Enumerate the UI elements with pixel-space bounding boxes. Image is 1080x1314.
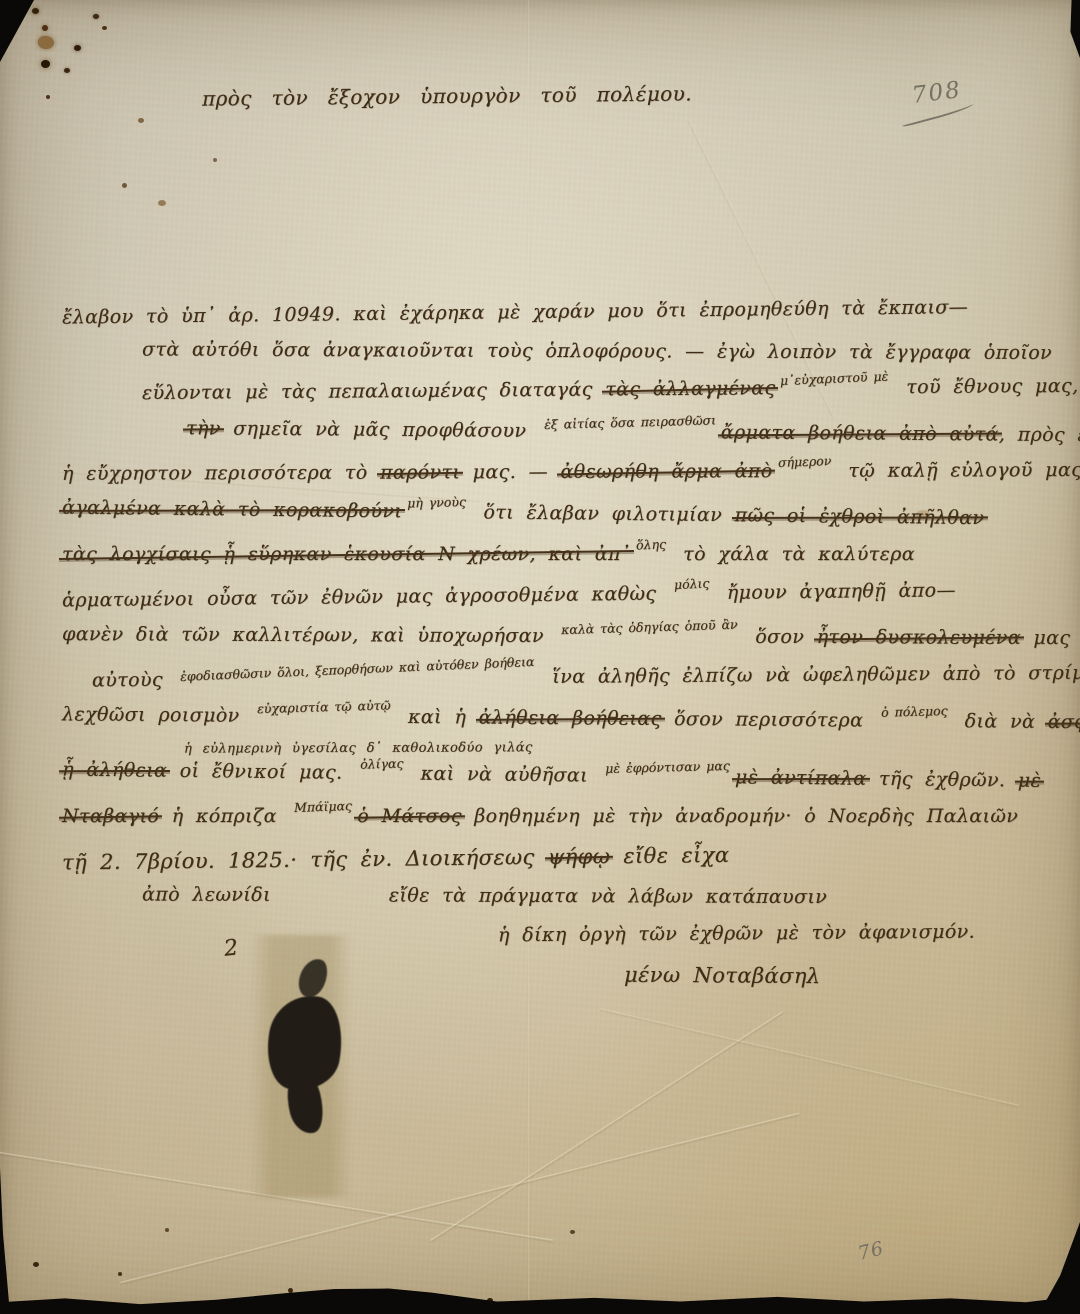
interlinear-insertion: Μπάϊμας: [294, 796, 353, 818]
struck-text: ἀθεωρήθη ἄρμα ἀπὸ: [560, 460, 772, 483]
signature-line: μένω Νοταβάσηλ: [62, 960, 1020, 987]
interlinear-insertion: ἐφοδιασθῶσιν ὅλοι, ξεπορθήσων καὶ αὐτόθε…: [180, 652, 535, 687]
struck-text: ἀσφαλισθῶ: [1048, 711, 1080, 734]
struck-text: ἄρματα βοήθεια ἀπὸ αὐτά: [721, 421, 999, 445]
handwritten-text: εἴθε τὰ πράγματα νὰ λάβων κατάπαυσιν: [389, 884, 827, 908]
handwritten-text: τῇ 2. 7βρίου. 1825.· τῆς ἐν. Διοικήσεως: [62, 845, 548, 875]
handwritten-text: ἀπὸ λεωνίδι: [142, 883, 271, 905]
interlinear-insertion: μὴ γνοὺς: [407, 492, 466, 513]
manuscript-line: τὰς λογχίσαις ᾗ εὕρηκαν ἑκουσία Ν χρέων,…: [62, 544, 1020, 566]
handwritten-text: , πρὸς εὐψυχίαν: [999, 424, 1080, 447]
stain-spot: [102, 26, 107, 30]
interlinear-insertion: ὅλης: [635, 534, 666, 555]
stain-spot: [32, 8, 39, 14]
handwritten-text: τῆς ἐχθρῶν.: [866, 768, 1018, 792]
handwritten-text: ἁρματωμένοι οὖσα τῶν ἐθνῶν μας ἀγροσοθμέ…: [62, 583, 669, 612]
stain-spot: [122, 183, 127, 188]
stain-spot: [74, 45, 81, 51]
struck-text: Νταβαγιό: [62, 805, 159, 827]
interlinear-insertion: μ᾽εὐχαριστοῦ μὲ: [780, 366, 889, 391]
struck-text: ᾗ ἀλήθεια: [62, 758, 167, 781]
handwritten-text: ἡ εὔχρηστον περισσότερα τὸ: [62, 462, 380, 485]
handwritten-text: μας. —: [460, 461, 560, 483]
handwritten-text: ὅσον περισσότερα: [661, 708, 875, 732]
stain-spot: [158, 200, 166, 206]
manuscript-line: ἁρματωμένοι οὖσα τῶν ἐθνῶν μας ἀγροσοθμέ…: [62, 579, 1020, 612]
struck-text: τὴν: [186, 417, 221, 439]
handwritten-text: εὕλονται μὲ τὰς πεπαλαιωμένας διαταγάς: [142, 379, 605, 405]
handwritten-text: καὶ ἡ: [395, 706, 478, 729]
interlinear-insertion: μὲ ἐφρόντισαν μας: [605, 756, 730, 779]
stain-spot: [64, 68, 70, 73]
stain-spot: [570, 1230, 575, 1234]
handwritten-text: σημεῖα νὰ μᾶς προφθάσουν: [221, 418, 539, 442]
struck-text: ἀγαλμένα καλὰ τὸ κορακοβούνι: [62, 496, 402, 522]
manuscript-line: ἡ εὔχρηστον περισσότερα τὸ παρόντι μας. …: [62, 460, 1020, 486]
struck-text: μὲ ἀντίπαλα: [735, 766, 867, 790]
handwritten-text: ἤμουν ἀγαπηθῇ ἀπο—: [714, 579, 956, 604]
struck-text: ψήφῳ: [548, 844, 611, 869]
stain-spot: [38, 36, 54, 49]
handwritten-text: αὐτοὺς: [92, 669, 176, 692]
stain-spot: [213, 158, 217, 162]
interlinear-insertion: καλὰ τὰς ὁδηγίας ὁποῦ ἂν: [561, 615, 738, 640]
manuscript-line: ἡ εὐλημερινὴ ὑγεσίλας δ᾽ καθολικοδύο γιλ…: [184, 739, 1020, 762]
stain-spot: [41, 60, 50, 68]
handwritten-text: φανὲν διὰ τῶν καλλιτέρων, καὶ ὑποχωρήσαν: [62, 623, 556, 647]
handwritten-text: διὰ νὰ: [952, 710, 1048, 733]
manuscript-line: ᾗ ἀλήθεια οἱ ἔθνικοί μας. ὀλίγας καὶ νὰ …: [62, 759, 1020, 792]
struck-text: μὲ: [1018, 769, 1042, 791]
struck-text: ἦτον δυσκολευμένα: [817, 626, 1021, 649]
handwritten-text: τοῦ ἔθνους μας, καὶ: [894, 374, 1080, 398]
manuscript-line: ἀπὸ λεωνίδιεἴθε τὰ πράγματα νὰ λάβων κατ…: [62, 884, 1020, 908]
interlinear-insertion: εὐχαριστία τῷ αὐτῷ: [257, 696, 391, 720]
handwritten-text: ὅσον: [743, 626, 817, 648]
struck-text: τὰς ἀλλαγμένας: [605, 377, 775, 400]
handwritten-text: στὰ αὐτόθι ὅσα ἀναγκαιοῦνται τοὺς ὁπλοφό…: [142, 338, 1052, 363]
interlinear-insertion: ὀλίγας: [360, 754, 404, 775]
stain-spot: [93, 14, 99, 19]
stain-spot: [118, 1272, 122, 1276]
handwritten-text: ἵνα ἀληθῆς ἐλπίζω νὰ ὠφεληθῶμεν ἀπὸ τὸ σ…: [540, 660, 1080, 688]
handwritten-text: εἴθε εἶχα: [610, 843, 729, 868]
handwritten-text: ἡ κόπριζα: [159, 805, 289, 827]
interlinear-insertion: ὁ πόλεμος: [880, 701, 947, 723]
pencil-folio-number-top: 708: [911, 77, 964, 109]
handwritten-text: τὸ χάλα τὰ καλύτερα: [671, 543, 915, 565]
struck-text: ἀλήθεια βοήθειας: [479, 707, 662, 730]
manuscript-line: Νταβαγιό ἡ κόπριζα Μπάϊμαςὁ Μάτσος βοηθη…: [62, 806, 1020, 828]
interlinear-insertion: σήμερον: [777, 451, 831, 473]
handwritten-text: ἡ εὐλημερινὴ ὑγεσίλας δ᾽ καθολικοδύο γιλ…: [184, 740, 533, 756]
struck-text: τὰς λογχίσαις ᾗ εὕρηκαν ἑκουσία Ν χρέων,…: [62, 543, 631, 565]
handwritten-text: μας: [1021, 627, 1071, 649]
stain-spot: [165, 1228, 169, 1232]
manuscript-line: ἔλαβον τὸ ὑπ᾽ ἀρ. 10949. καὶ ἐχάρηκα μὲ …: [62, 296, 1020, 327]
stain-spot: [288, 1288, 293, 1293]
date-line: τῇ 2. 7βρίου. 1825.· τῆς ἐν. Διοικήσεως …: [62, 841, 1020, 872]
handwritten-text: τῷ καλῇ εὐλογοῦ μας: [836, 459, 1080, 482]
manuscript-line: ἡ δίκη ὀργὴ τῶν ἐχθρῶν μὲ τὸν ἀφανισμόν.: [62, 921, 1020, 948]
interlinear-insertion: μόλις: [673, 573, 709, 595]
handwritten-text: λεχθῶσι ροισμὸν: [62, 703, 252, 726]
struck-text: παρόντι: [380, 461, 460, 483]
manuscript-line: λεχθῶσι ροισμὸν εὐχαριστία τῷ αὐτῷ καὶ ἡ…: [62, 704, 1020, 733]
stain-spot: [33, 1262, 39, 1267]
interlinear-insertion: ἐξ αἰτίας ὅσα πειρασθῶσι: [544, 410, 716, 435]
handwritten-text: μένω Νοταβάσηλ: [624, 963, 821, 989]
manuscript-line: ἀγαλμένα καλὰ τὸ κορακοβούνιμὴ γνοὺς ὅτι…: [62, 497, 1020, 530]
stain-spot: [42, 25, 48, 31]
struck-text: ὁ Μάτσος: [357, 805, 462, 827]
struck-text: πῶς οἱ ἐχθροὶ ἀπῆλθαν: [734, 504, 984, 529]
stain-spot: [46, 95, 50, 99]
handwritten-text: ὅτι ἔλαβαν φιλοτιμίαν: [471, 501, 735, 526]
handwritten-text: οἱ ἔθνικοί μας.: [167, 760, 355, 784]
stain-spot: [138, 118, 144, 123]
handwritten-text: ἡ δίκη ὀργὴ τῶν ἐχθρῶν μὲ τὸν ἀφανισμόν.: [498, 921, 975, 947]
flourish-mark: 2: [223, 935, 240, 961]
manuscript-line: στὰ αὐτόθι ὅσα ἀναγκαιοῦνται τοὺς ὁπλοφό…: [62, 339, 1020, 363]
handwritten-text: καὶ νὰ αὐθῆσαι: [408, 762, 600, 786]
manuscript-line: αὐτοὺς ἐφοδιασθῶσιν ὅλοι, ξεπορθήσων καὶ…: [62, 663, 1020, 692]
manuscript-line: εὕλονται μὲ τὰς πεπαλαιωμένας διαταγάς τ…: [62, 376, 1020, 405]
handwritten-text: βοηθημένη μὲ τὴν ἀναδρομήν· ὁ Νοερδὴς Πα…: [462, 805, 1018, 827]
manuscript-line: φανὲν διὰ τῶν καλλιτέρων, καὶ ὑποχωρήσαν…: [62, 624, 1020, 650]
manuscript-body: ἔλαβον τὸ ὑπ᾽ ἀρ. 10949. καὶ ἐχάρηκα μὲ …: [62, 302, 1020, 1003]
manuscript-line: τὴν σημεῖα νὰ μᾶς προφθάσουν ἐξ αἰτίας ὅ…: [62, 417, 1020, 446]
manuscript-scan: πρὸς τὸν ἔξοχον ὑπουργὸν τοῦ πολέμου. 70…: [0, 0, 1080, 1314]
address-header: πρὸς τὸν ἔξοχον ὑπουργὸν τοῦ πολέμου.: [202, 81, 692, 110]
